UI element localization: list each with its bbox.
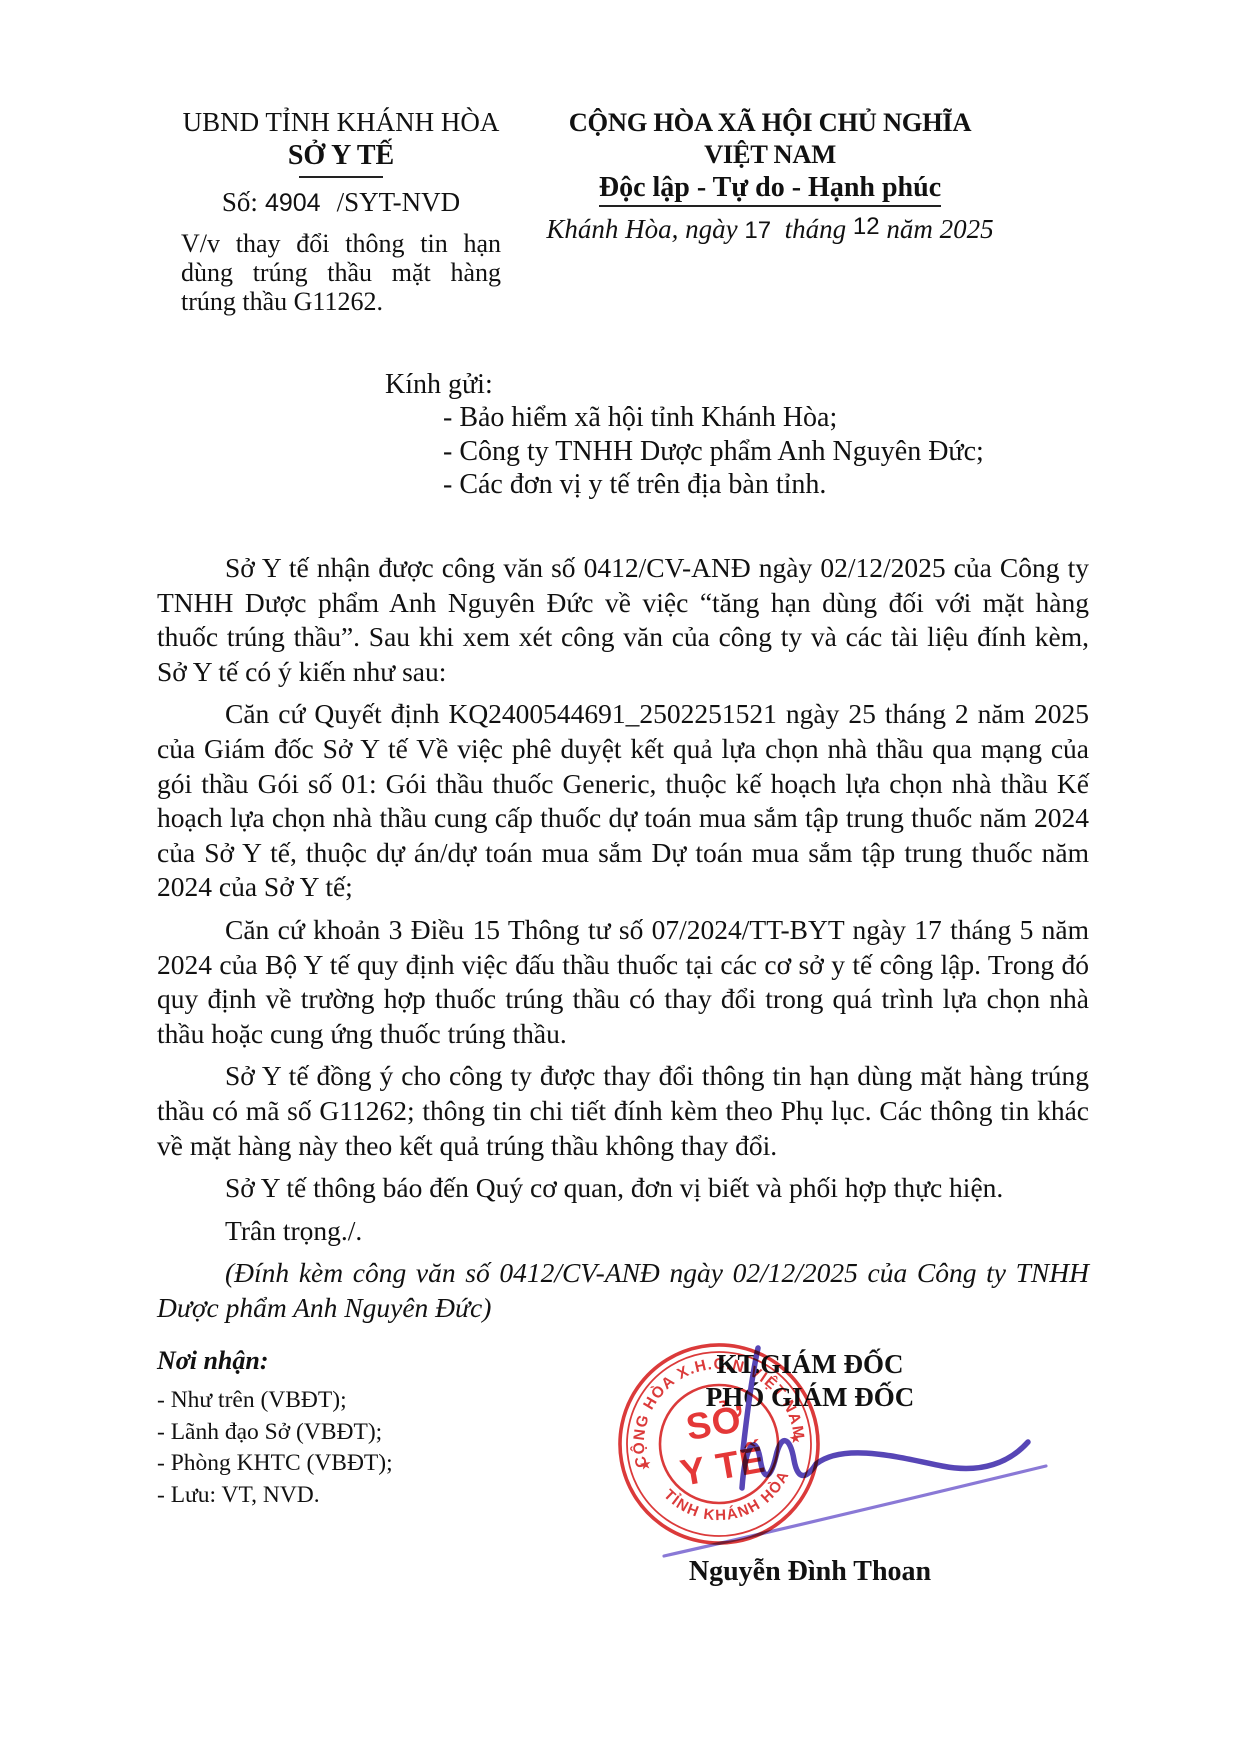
org-parent-name: UBND TỈNH KHÁNH HÒA (160, 106, 522, 138)
doc-number-label: Số: (222, 187, 258, 217)
body-paragraph: Trân trọng./. (157, 1214, 1089, 1249)
body-paragraph: Sở Y tế nhận được công văn số 0412/CV-AN… (157, 551, 1089, 689)
body-paragraph: Sở Y tế thông báo đến Quý cơ quan, đơn v… (157, 1171, 1089, 1206)
salutation: Kính gửi: (385, 368, 984, 401)
org-underline-rule (299, 176, 383, 178)
seal-star-icon: ★ (638, 1457, 653, 1474)
header-left: UBND TỈNH KHÁNH HÒA SỞ Y TẾ Số:4904/SYT-… (160, 106, 522, 316)
date-year: năm 2025 (886, 214, 993, 244)
official-seal: CỘNG HÒA X.H.C.N VIỆT NAM TỈNH KHÁNH HÒA… (613, 1338, 825, 1550)
official-letter-page: UBND TỈNH KHÁNH HÒA SỞ Y TẾ Số:4904/SYT-… (0, 0, 1241, 1754)
doc-number-line: Số:4904/SYT-NVD (160, 187, 522, 218)
seal-center-line1: SỞ (683, 1397, 748, 1448)
distribution-item: - Lưu: VT, NVD. (157, 1480, 393, 1512)
date-month: 12 (853, 213, 880, 240)
letter-body: Sở Y tế nhận được công văn số 0412/CV-AN… (157, 543, 1089, 1325)
distribution-item: - Như trên (VBĐT); (157, 1385, 393, 1417)
doc-number-value: 4904 (265, 189, 321, 217)
date-day: 17 (744, 217, 771, 244)
doc-number-suffix: /SYT-NVD (337, 187, 461, 217)
attachment-note: (Đính kèm công văn số 0412/CV-ANĐ ngày 0… (157, 1256, 1089, 1325)
org-name: SỞ Y TẾ (160, 139, 522, 173)
distribution-item: - Lãnh đạo Sở (VBĐT); (157, 1417, 393, 1449)
recipient-item: - Công ty TNHH Dược phẩm Anh Nguyên Đức; (443, 435, 984, 469)
seal-star-icon: ★ (788, 1431, 803, 1448)
distribution-block: Nơi nhận: - Như trên (VBĐT); - Lãnh đạo … (157, 1346, 393, 1511)
recipients-list: - Bảo hiểm xã hội tỉnh Khánh Hòa; - Công… (443, 401, 984, 502)
body-paragraph: Căn cứ Quyết định KQ2400544691_250225152… (157, 697, 1089, 905)
distribution-item: - Phòng KHTC (VBĐT); (157, 1448, 393, 1480)
date-month-label: tháng (785, 214, 847, 244)
national-motto: Độc lập - Tự do - Hạnh phúc (535, 171, 1005, 204)
national-title: CỘNG HÒA XÃ HỘI CHỦ NGHĨA VIỆT NAM (535, 106, 1005, 170)
recipients-block: Kính gửi: - Bảo hiểm xã hội tỉnh Khánh H… (385, 368, 984, 502)
recipient-item: - Bảo hiểm xã hội tỉnh Khánh Hòa; (443, 401, 984, 435)
header-right: CỘNG HÒA XÃ HỘI CHỦ NGHĨA VIỆT NAM Độc l… (535, 106, 1005, 245)
doc-subject: V/v thay đổi thông tin hạn dùng trúng th… (181, 229, 501, 316)
body-paragraph: Căn cứ khoản 3 Điều 15 Thông tư số 07/20… (157, 913, 1089, 1051)
body-paragraph: Sở Y tế đồng ý cho công ty được thay đổi… (157, 1059, 1089, 1163)
date-prefix: Khánh Hòa, ngày (546, 214, 737, 244)
signer-name: Nguyễn Đình Thoan (640, 1556, 980, 1588)
place-date-line: Khánh Hòa, ngày 17 tháng 12 năm 2025 (535, 214, 1005, 245)
distribution-label: Nơi nhận: (157, 1346, 393, 1376)
recipient-item: - Các đơn vị y tế trên địa bàn tỉnh. (443, 468, 984, 502)
